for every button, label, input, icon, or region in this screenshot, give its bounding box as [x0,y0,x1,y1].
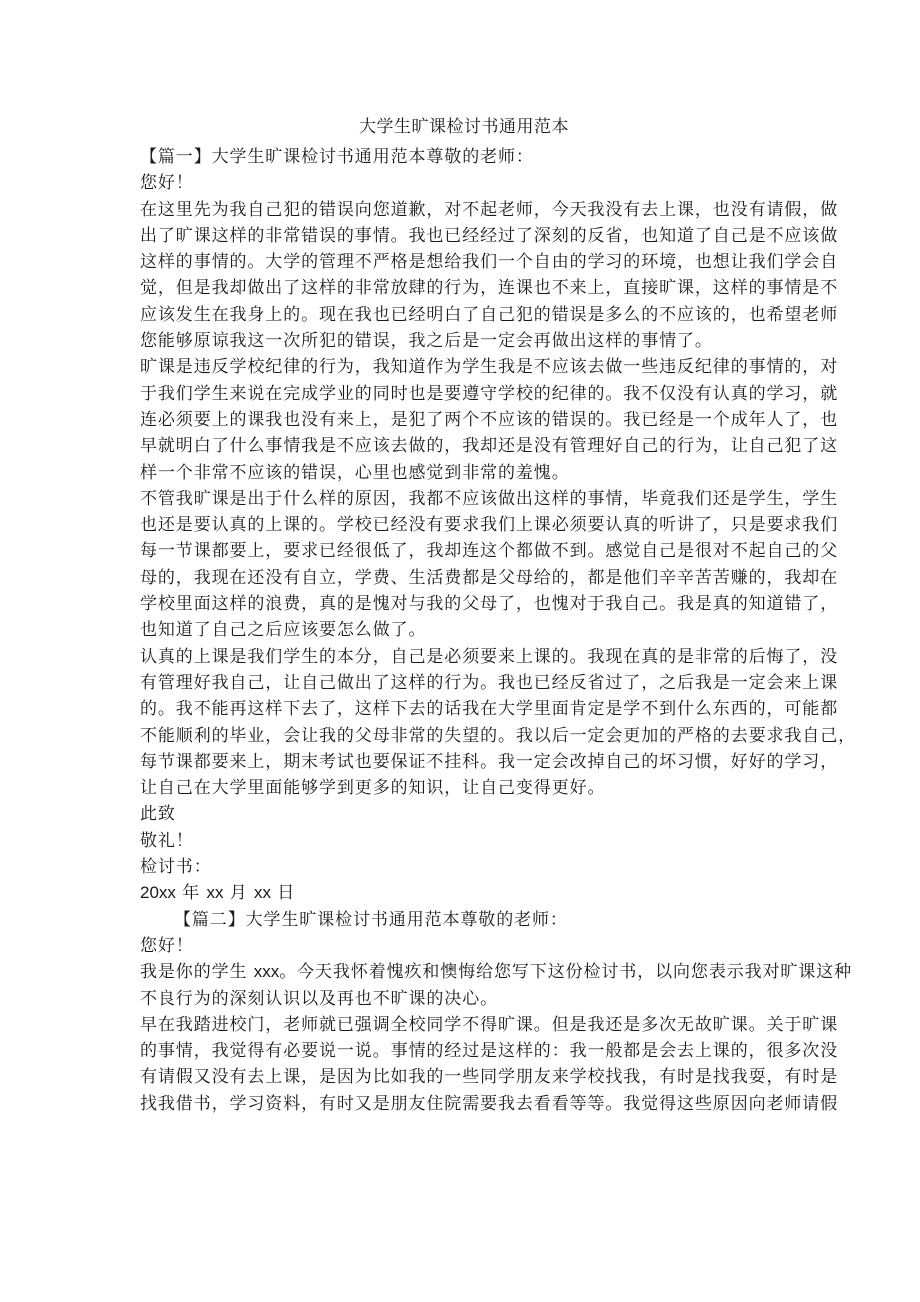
section-one-greeting: 您好！ [140,170,788,196]
text-line: 应该发生在我身上的。现在我也已经明白了自己犯的错误是多么的不应该的，也希望老师 [140,302,788,328]
text-line: 每节课都要来上，期末考试也要保证不挂科。我一定会改掉自己的坏习惯，好好的学习， [140,749,788,775]
signature-label: 检讨书： [140,854,788,880]
closing-line-2: 敬礼！ [140,828,788,854]
date-month-unit: 月 [223,883,254,903]
section-one: 【篇一】大学生旷课检讨书通用范本尊敬的老师： 您好！ 在这里先为我自己犯的错误向… [140,144,788,907]
text-line: 有请假又没有去上课，是因为比如我的一些同学朋友来学校找我，有时是找我耍，有时是 [140,1064,788,1090]
text-line: 有管理好我自己，让自己做出了这样的行为。我也已经反省过了，之后我是一定会来上课 [140,670,788,696]
text-line: 在这里先为我自己犯的错误向您道歉，对不起老师，今天我没有去上课，也没有请假，做 [140,197,788,223]
section-one-paragraph-2: 旷课是违反学校纪律的行为，我知道作为学生我是不应该去做一些违反纪律的事情的，对 … [140,354,788,485]
section-one-paragraph-4: 认真的上课是我们学生的本分，自己是必须要来上课的。我现在真的是非常的后悔了，没 … [140,644,788,802]
text-line: 旷课是违反学校纪律的行为，我知道作为学生我是不应该去做一些违反纪律的事情的，对 [140,354,788,380]
date-line: 20xx 年 xx 月 xx 日 [140,880,788,906]
text-line: 于我们学生来说在完成学业的同时也是要遵守学校的纪律的。我不仅没有认真的学习，就 [140,381,788,407]
text-line: 学校里面这样的浪费，真的是愧对与我的父母了，也愧对于我自己。我是真的知道错了， [140,591,788,617]
section-one-heading: 【篇一】大学生旷课检讨书通用范本尊敬的老师： [140,144,788,170]
text-line: 找我借书，学习资料，有时又是朋友住院需要我去看看等等。我觉得这些原因向老师请假 [140,1091,788,1117]
text-line: 觉，但是我却做出了这样的非常放肆的行为，连课也不来上，直接旷课，这样的事情是不 [140,275,788,301]
date-day: xx [254,883,271,902]
text-line: 您能够原谅我这一次所犯的错误，我之后是一定会再做出这样的事情了。 [140,328,788,354]
section-one-paragraph-1: 在这里先为我自己犯的错误向您道歉，对不起老师，今天我没有去上课，也没有请假，做 … [140,197,788,355]
date-day-unit: 日 [271,883,295,903]
text-line: 的。我不能再这样下去了，这样下去的话我在大学里面肯定是学不到什么东西的，可能都 [140,696,788,722]
text-line: 也还是要认真的上课的。学校已经没有要求我们上课必须要认真的听讲了，只是要求我们 [140,512,788,538]
text-line: 的事情，我觉得有必要说一说。事情的经过是这样的：我一般都是会去上课的，很多次没 [140,1038,788,1064]
section-two-paragraph-1: 我是你的学生 xxx。今天我怀着愧疚和懊悔给您写下这份检讨书，以向您表示我对旷课… [140,959,788,1012]
section-one-paragraph-3: 不管我旷课是出于什么样的原因，我都不应该做出这样的事情，毕竟我们还是学生，学生 … [140,486,788,644]
date-month: xx [206,883,223,902]
document-title: 大学生旷课检讨书通用范本 [140,114,788,140]
text-line: 每一节课都要上，要求已经很低了，我却连这个都做不到。感觉自己是很对不起自己的父 [140,538,788,564]
intro-prefix: 我是你的学生 [140,962,254,982]
closing-line-1: 此致 [140,801,788,827]
text-line: 早在我踏进校门，老师就已强调全校同学不得旷课。但是我还是多次无故旷课。关于旷课 [140,1012,788,1038]
section-two-heading: 【篇二】大学生旷课检讨书通用范本尊敬的老师： [140,907,788,933]
document-page: 大学生旷课检讨书通用范本 【篇一】大学生旷课检讨书通用范本尊敬的老师： 您好！ … [140,114,788,1117]
text-line: 也知道了自己之后应该要怎么做了。 [140,617,788,643]
text-line: 不能顺利的毕业，会让我的父母非常的失望的。我以后一定会更加的严格的去要求我自己， [140,723,788,749]
text-line: 我是你的学生 xxx。今天我怀着愧疚和懊悔给您写下这份检讨书，以向您表示我对旷课… [140,959,788,985]
date-year-unit: 年 [176,883,207,903]
text-line: 母的，我现在还没有自立，学费、生活费都是父母给的，都是他们辛辛苦苦赚的，我却在 [140,565,788,591]
text-line: 出了旷课这样的非常错误的事情。我也已经经过了深刻的反省，也知道了自己是不应该做 [140,223,788,249]
student-name-placeholder: xxx [254,962,280,981]
intro-suffix: 。今天我怀着愧疚和懊悔给您写下这份检讨书，以向您表示我对旷课这种 [279,962,852,982]
text-line: 让自己在大学里面能够学到更多的知识，让自己变得更好。 [140,775,788,801]
text-line: 认真的上课是我们学生的本分，自己是必须要来上课的。我现在真的是非常的后悔了，没 [140,644,788,670]
section-two-greeting: 您好！ [140,933,788,959]
text-line: 不管我旷课是出于什么样的原因，我都不应该做出这样的事情，毕竟我们还是学生，学生 [140,486,788,512]
text-line: 早就明白了什么事情我是不应该去做的，我却还是没有管理好自己的行为，让自己犯了这 [140,433,788,459]
text-line: 不良行为的深刻认识以及再也不旷课的决心。 [140,986,788,1012]
section-two: 【篇二】大学生旷课检讨书通用范本尊敬的老师： 您好！ 我是你的学生 xxx。今天… [140,907,788,1117]
text-line: 样一个非常不应该的错误，心里也感觉到非常的羞愧。 [140,460,788,486]
date-year: 20xx [140,883,176,902]
text-line: 这样的事情的。大学的管理不严格是想给我们一个自由的学习的环境，也想让我们学会自 [140,249,788,275]
section-two-paragraph-2: 早在我踏进校门，老师就已强调全校同学不得旷课。但是我还是多次无故旷课。关于旷课 … [140,1012,788,1117]
text-line: 连必须要上的课我也没有来上，是犯了两个不应该的错误的。我已经是一个成年人了，也 [140,407,788,433]
